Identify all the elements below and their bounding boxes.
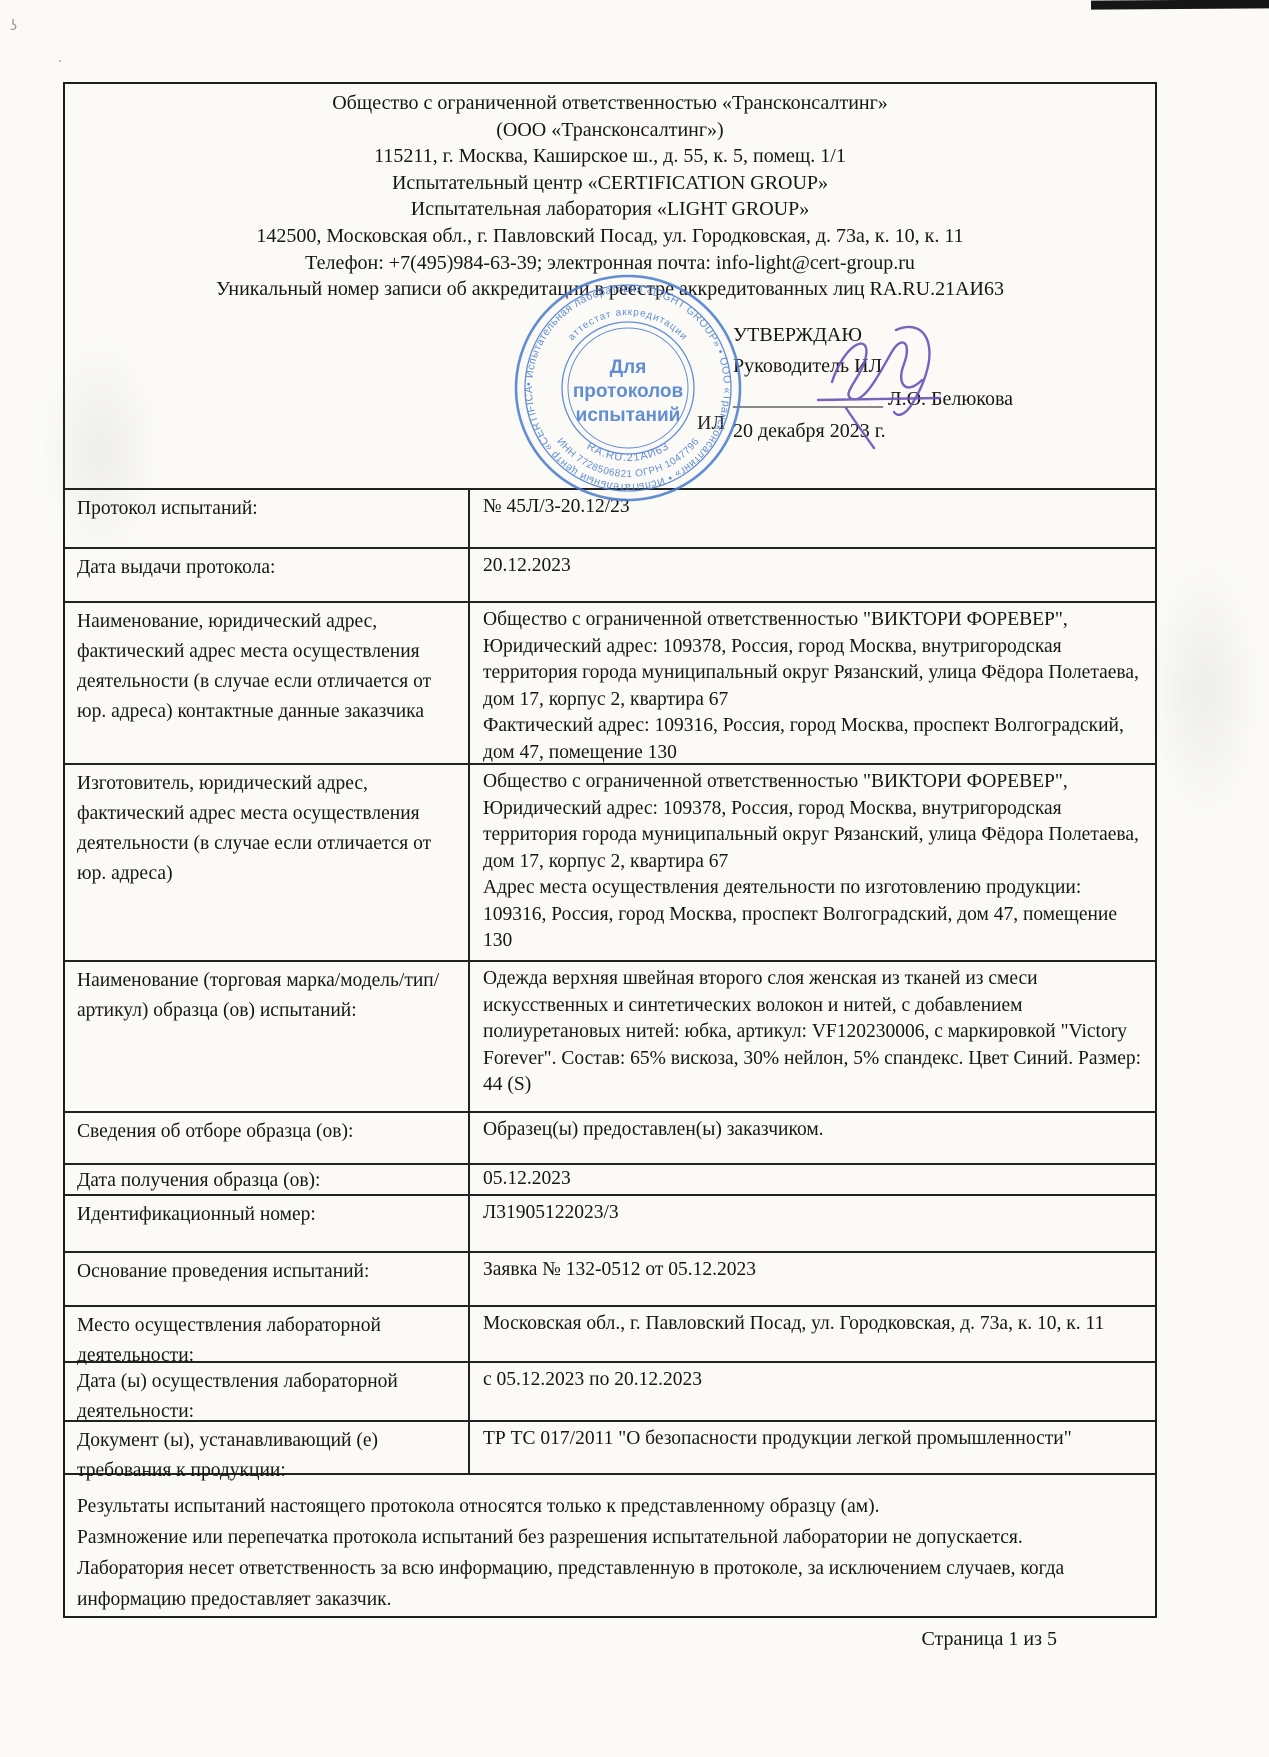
row-value: 05.12.2023 <box>470 1165 1155 1194</box>
company-name: Общество с ограниченной ответственностью… <box>63 90 1157 117</box>
row-value: с 05.12.2023 по 20.12.2023 <box>470 1363 1155 1420</box>
stamp-center-line1: Для <box>610 357 647 378</box>
handwritten-signature <box>700 318 1030 453</box>
row-value: Л31905122023/3 <box>470 1196 1155 1251</box>
table-row: Дата получения образца (ов): 05.12.2023 <box>65 1163 1155 1194</box>
table-row: Дата (ы) осуществления лабораторной деят… <box>65 1361 1155 1420</box>
row-value: Одежда верхняя швейная второго слоя женс… <box>470 962 1155 1111</box>
note-line: Размножение или перепечатка протокола ис… <box>77 1522 1141 1553</box>
table-row: Наименование (торговая марка/модель/тип/… <box>65 960 1155 1111</box>
table-row: Наименование, юридический адрес, фактиче… <box>65 601 1155 763</box>
row-value: Заявка № 132-0512 от 05.12.2023 <box>470 1253 1155 1305</box>
row-label: Протокол испытаний: <box>65 490 470 547</box>
table-row: Основание проведения испытаний: Заявка №… <box>65 1251 1155 1305</box>
row-label: Дата получения образца (ов): <box>65 1165 470 1194</box>
pencil-mark: · <box>58 54 62 70</box>
scanned-document-page: ʖ · Общество с ограниченной ответственно… <box>0 0 1269 1757</box>
page-number: Страница 1 из 5 <box>63 1628 1057 1651</box>
stamp-center-line2: протоколов <box>573 381 683 402</box>
protocol-table: Протокол испытаний: № 45Л/3-20.12/23 Дат… <box>65 488 1155 1616</box>
row-label: Основание проведения испытаний: <box>65 1253 470 1305</box>
row-value: Общество с ограниченной ответственностью… <box>470 603 1155 763</box>
table-row: Изготовитель, юридический адрес, фактиче… <box>65 763 1155 960</box>
row-value: Общество с ограниченной ответственностью… <box>470 765 1155 960</box>
table-row: Сведения об отборе образца (ов): Образец… <box>65 1111 1155 1163</box>
row-value: Образец(ы) предоставлен(ы) заказчиком. <box>470 1113 1155 1163</box>
row-label: Идентификационный номер: <box>65 1196 470 1251</box>
footer-notes: Результаты испытаний настоящего протокол… <box>65 1473 1155 1616</box>
company-short-name: (ООО «Трансконсалтинг») <box>63 117 1157 144</box>
note-line: Лаборатория несет ответственность за всю… <box>77 1553 1141 1615</box>
row-value: ТР ТС 017/2011 "О безопасности продукции… <box>470 1422 1155 1473</box>
row-value: 20.12.2023 <box>470 549 1155 601</box>
testing-center-name: Испытательный центр «CERTIFICATION GROUP… <box>63 170 1157 197</box>
table-row: Место осуществления лабораторной деятель… <box>65 1305 1155 1361</box>
row-label: Изготовитель, юридический адрес, фактиче… <box>65 765 470 960</box>
stamp-ring-inner-bottom-text: RA.RU.21АИ63 <box>585 440 672 464</box>
stamp-center-line3: испытаний <box>576 405 681 426</box>
testing-lab-name: Испытательная лаборатория «LIGHT GROUP» <box>63 196 1157 223</box>
table-row: Дата выдачи протокола: 20.12.2023 <box>65 547 1155 601</box>
table-row: Идентификационный номер: Л31905122023/3 <box>65 1194 1155 1251</box>
row-label: Дата выдачи протокола: <box>65 549 470 601</box>
scan-artifact-corner <box>1091 0 1269 10</box>
row-label: Дата (ы) осуществления лабораторной деят… <box>65 1363 470 1420</box>
note-line: Результаты испытаний настоящего протокол… <box>77 1491 1141 1522</box>
lab-address: 142500, Московская обл., г. Павловский П… <box>63 223 1157 250</box>
row-label: Наименование, юридический адрес, фактиче… <box>65 603 470 763</box>
row-value: Московская обл., г. Павловский Посад, ул… <box>470 1307 1155 1361</box>
table-row: Документ (ы), устанавливающий (е) требов… <box>65 1420 1155 1473</box>
svg-text:RA.RU.21АИ63: RA.RU.21АИ63 <box>585 440 672 464</box>
row-label: Сведения об отборе образца (ов): <box>65 1113 470 1163</box>
row-label: Документ (ы), устанавливающий (е) требов… <box>65 1422 470 1473</box>
scan-smudge <box>1150 560 1260 820</box>
company-address: 115211, г. Москва, Каширское ш., д. 55, … <box>63 143 1157 170</box>
row-label: Наименование (торговая марка/модель/тип/… <box>65 962 470 1111</box>
pencil-mark: ʖ <box>10 18 17 34</box>
row-label: Место осуществления лабораторной деятель… <box>65 1307 470 1361</box>
